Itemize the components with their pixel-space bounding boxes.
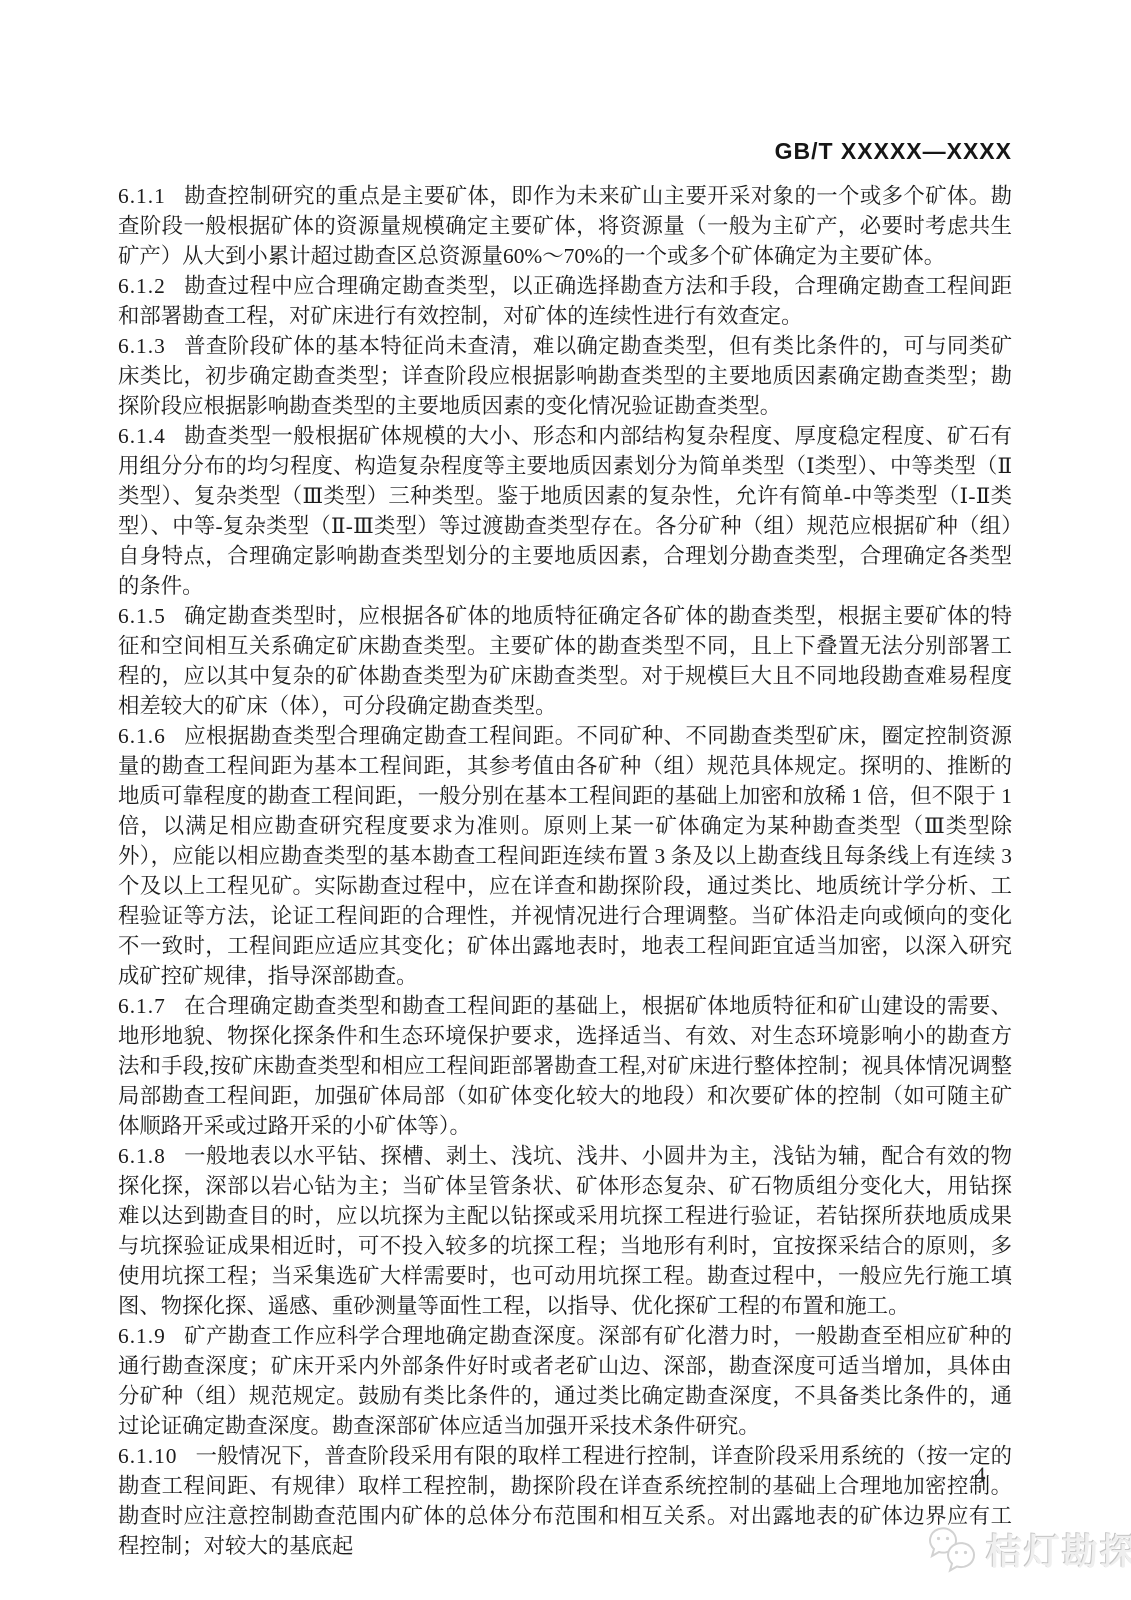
clause-paragraph: 6.1.5确定勘查类型时，应根据各矿体的地质特征确定各矿体的勘查类型，根据主要矿… — [118, 601, 1012, 721]
clause-text: 勘查控制研究的重点是主要矿体，即作为未来矿山主要开采对象的一个或多个矿体。勘查阶… — [118, 184, 1012, 268]
clause-number: 6.1.10 — [118, 1441, 177, 1471]
clause-text: 一般地表以水平钻、探槽、剥土、浅坑、浅井、小圆井为主，浅钻为辅，配合有效的物探化… — [118, 1144, 1012, 1318]
clause-text: 勘查过程中应合理确定勘查类型，以正确选择勘查方法和手段，合理确定勘查工程间距和部… — [118, 274, 1012, 328]
clause-text: 一般情况下，普查阶段采用有限的取样工程进行控制，详查阶段采用系统的（按一定的勘查… — [118, 1444, 1012, 1558]
clause-paragraph: 6.1.6应根据勘查类型合理确定勘查工程间距。不同矿种、不同勘查类型矿床，圈定控… — [118, 721, 1012, 991]
standard-code-header: GB/T XXXXX—XXXX — [118, 138, 1012, 165]
wechat-icon — [926, 1527, 978, 1573]
clause-paragraph: 6.1.4勘查类型一般根据矿体规模的大小、形态和内部结构复杂程度、厚度稳定程度、… — [118, 421, 1012, 601]
clause-paragraph: 6.1.10一般情况下，普查阶段采用有限的取样工程进行控制，详查阶段采用系统的（… — [118, 1441, 1012, 1561]
clause-text: 勘查类型一般根据矿体规模的大小、形态和内部结构复杂程度、厚度稳定程度、矿石有用组… — [118, 424, 1012, 598]
clause-paragraph: 6.1.1勘查控制研究的重点是主要矿体，即作为未来矿山主要开采对象的一个或多个矿… — [118, 181, 1012, 271]
clause-paragraph: 6.1.3普查阶段矿体的基本特征尚未查清，难以确定勘查类型，但有类比条件的，可与… — [118, 331, 1012, 421]
clause-number: 6.1.2 — [118, 271, 166, 301]
watermark: 桔灯勘探 — [926, 1524, 1131, 1575]
clause-text: 确定勘查类型时，应根据各矿体的地质特征确定各矿体的勘查类型，根据主要矿体的特征和… — [118, 604, 1012, 718]
document-body: 6.1.1勘查控制研究的重点是主要矿体，即作为未来矿山主要开采对象的一个或多个矿… — [118, 181, 1012, 1561]
clause-text: 普查阶段矿体的基本特征尚未查清，难以确定勘查类型，但有类比条件的，可与同类矿床类… — [118, 334, 1012, 418]
clause-text: 应根据勘查类型合理确定勘查工程间距。不同矿种、不同勘查类型矿床，圈定控制资源量的… — [118, 724, 1012, 988]
clause-number: 6.1.1 — [118, 181, 166, 211]
clause-number: 6.1.3 — [118, 331, 166, 361]
clause-number: 6.1.4 — [118, 421, 166, 451]
page-number: 4 — [960, 1462, 1000, 1488]
clause-paragraph: 6.1.2勘查过程中应合理确定勘查类型，以正确选择勘查方法和手段，合理确定勘查工… — [118, 271, 1012, 331]
clause-text: 矿产勘查工作应科学合理地确定勘查深度。深部有矿化潜力时，一般勘查至相应矿种的通行… — [118, 1324, 1012, 1438]
clause-paragraph: 6.1.9矿产勘查工作应科学合理地确定勘查深度。深部有矿化潜力时，一般勘查至相应… — [118, 1321, 1012, 1441]
clause-number: 6.1.6 — [118, 721, 166, 751]
clause-number: 6.1.8 — [118, 1141, 166, 1171]
clause-paragraph: 6.1.8一般地表以水平钻、探槽、剥土、浅坑、浅井、小圆井为主，浅钻为辅，配合有… — [118, 1141, 1012, 1321]
clause-text: 在合理确定勘查类型和勘查工程间距的基础上，根据矿体地质特征和矿山建设的需要、地形… — [118, 994, 1012, 1138]
clause-paragraph: 6.1.7在合理确定勘查类型和勘查工程间距的基础上，根据矿体地质特征和矿山建设的… — [118, 991, 1012, 1141]
clause-number: 6.1.5 — [118, 601, 166, 631]
document-page: GB/T XXXXX—XXXX 6.1.1勘查控制研究的重点是主要矿体，即作为未… — [0, 0, 1131, 1600]
clause-number: 6.1.7 — [118, 991, 166, 1021]
clause-number: 6.1.9 — [118, 1321, 166, 1351]
watermark-label: 桔灯勘探 — [986, 1524, 1131, 1575]
